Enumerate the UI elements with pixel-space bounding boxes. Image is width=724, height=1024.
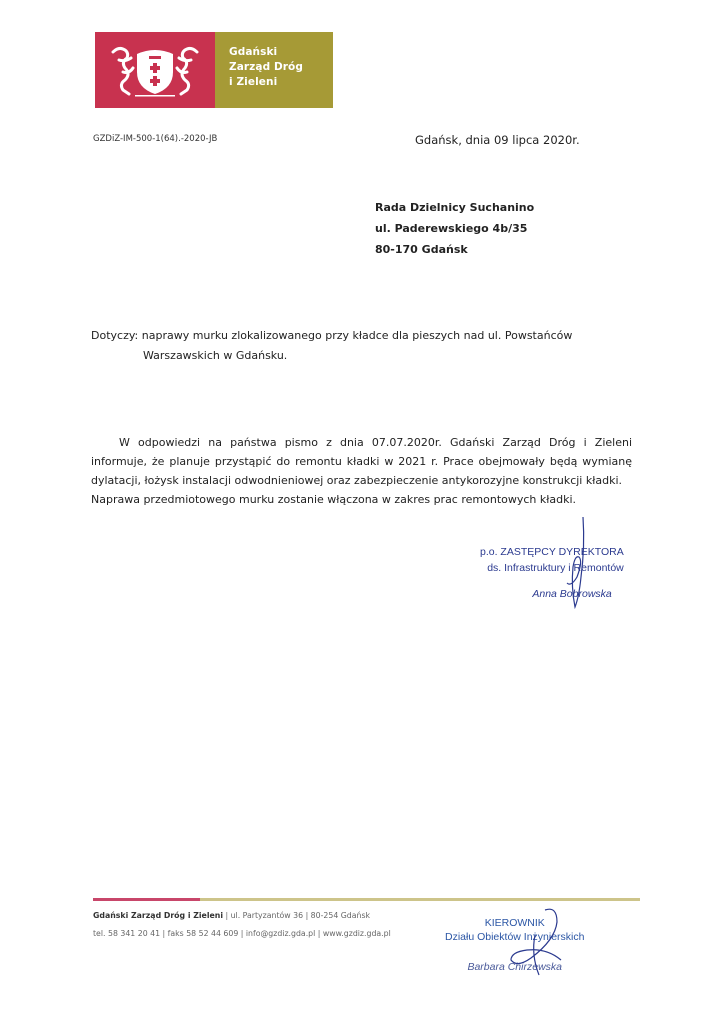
recipient-line: Rada Dzielnicy Suchanino [375, 197, 534, 218]
footer-address: Gdański Zarząd Dróg i Zieleni | ul. Part… [93, 911, 370, 920]
body-paragraph-2: Naprawa przedmiotowego murku zostanie wł… [91, 490, 632, 509]
body-paragraph-1: W odpowiedzi na państwa pismo z dnia 07.… [91, 433, 632, 490]
footer-org-name: Gdański Zarząd Dróg i Zieleni [93, 911, 223, 920]
signature-department: Działu Obiektów Inżynierskich [445, 930, 584, 944]
logo-name-line: i Zieleni [229, 75, 333, 90]
footer-contact: tel. 58 341 20 41 | faks 58 52 44 609 | … [93, 929, 391, 938]
signature-name: Barbara Chirzewska [445, 960, 584, 974]
signature-name: Anna Bobrowska [480, 586, 624, 602]
logo-crest-panel [95, 32, 215, 108]
footer-divider-olive [200, 898, 640, 901]
recipient-address: Rada Dzielnicy Suchanino ul. Paderewskie… [375, 197, 534, 260]
logo-name-line: Gdański [229, 45, 333, 60]
subject-line-1: Dotyczy: naprawy murku zlokalizowanego p… [91, 329, 572, 342]
gdansk-coat-of-arms-icon [105, 42, 205, 98]
signature-title: KIEROWNIK [445, 916, 584, 930]
footer-divider [93, 898, 640, 901]
logo-name-panel: Gdański Zarząd Dróg i Zieleni [215, 32, 333, 108]
logo-name-line: Zarząd Dróg [229, 60, 333, 75]
subject-line-2: Warszawskich w Gdańsku. [91, 346, 651, 366]
footer-divider-red [93, 898, 200, 901]
signature-block-head: KIEROWNIK Działu Obiektów Inżynierskich … [445, 916, 584, 974]
place-date: Gdańsk, dnia 09 lipca 2020r. [415, 133, 580, 147]
letter-body: W odpowiedzi na państwa pismo z dnia 07.… [91, 433, 632, 509]
subject: Dotyczy: naprawy murku zlokalizowanego p… [91, 326, 651, 366]
recipient-line: ul. Paderewskiego 4b/35 [375, 218, 534, 239]
signature-department: ds. Infrastruktury i Remontów [480, 560, 624, 576]
footer-address-text: | ul. Partyzantów 36 | 80-254 Gdańsk [223, 911, 370, 920]
reference-number: GZDiZ-IM-500-1(64).-2020-JB [93, 134, 217, 144]
recipient-line: 80-170 Gdańsk [375, 239, 534, 260]
gzdiz-logo: Gdański Zarząd Dróg i Zieleni [95, 32, 333, 108]
signature-title: p.o. ZASTĘPCY DYREKTORA [480, 544, 624, 560]
signature-block-deputy: p.o. ZASTĘPCY DYREKTORA ds. Infrastruktu… [480, 544, 624, 602]
